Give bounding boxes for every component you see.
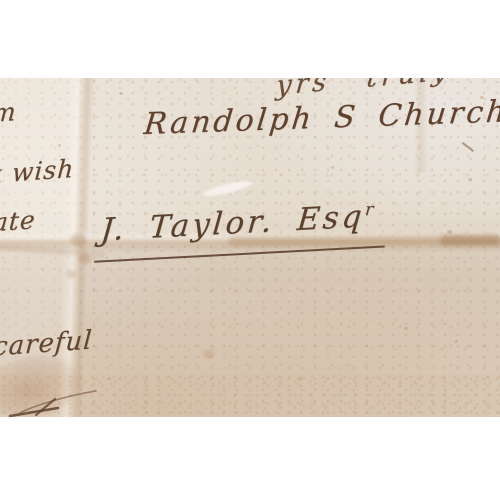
rust-speck	[297, 377, 301, 381]
paper-scratch	[203, 178, 254, 199]
rust-speck	[447, 230, 452, 234]
folded-left-panel	[0, 78, 78, 417]
page-root: yrs truly Randolph S Churchill J. Taylor…	[0, 0, 500, 500]
left-edge-fragment: x wish	[0, 154, 75, 189]
crease-rust-stain-end	[440, 235, 500, 246]
left-edge-fragment: careful	[0, 325, 93, 362]
rust-speck	[203, 350, 214, 359]
rust-speck	[404, 327, 408, 330]
rust-speck	[58, 144, 61, 147]
vertical-fold-crease	[56, 78, 101, 417]
fold-rust-spot	[70, 234, 86, 246]
rust-speck	[455, 340, 458, 343]
left-edge-fragment: iate	[0, 205, 37, 238]
addressee-suffix: r	[364, 200, 375, 221]
addressee-line: J. Taylor. Esqr	[94, 198, 389, 262]
hairline-mark	[462, 142, 474, 152]
left-edge-fragment: m	[0, 97, 18, 128]
rust-speck	[331, 166, 334, 169]
rust-speck	[120, 92, 123, 95]
rust-speck	[108, 377, 111, 380]
letter-photo: yrs truly Randolph S Churchill J. Taylor…	[0, 78, 500, 417]
addressee-name: J. Taylor. Esq	[99, 198, 366, 248]
fold-rust-spot	[79, 254, 91, 264]
partial-ink-stroke	[0, 377, 170, 417]
signature-text: Randolph S Churchill	[142, 93, 500, 142]
fold-rust-spot	[66, 270, 76, 278]
rust-speck	[468, 178, 472, 181]
